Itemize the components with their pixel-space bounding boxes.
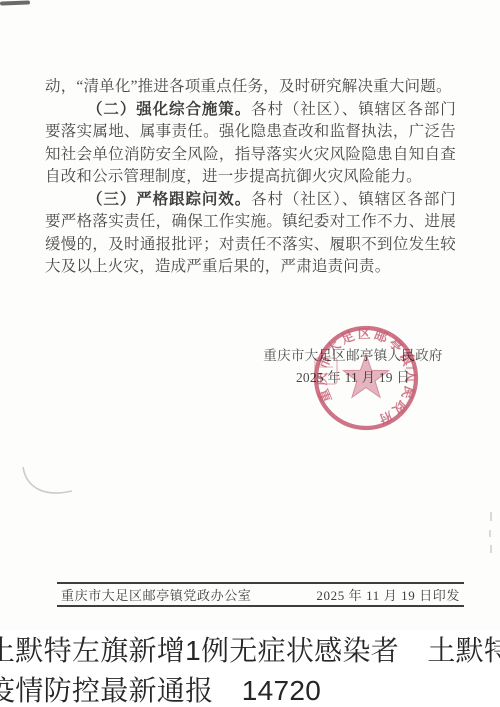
footer-issue-date: 2025 年 11 月 19 日印发	[316, 585, 460, 604]
paragraph-head: （三）严格跟踪问效。	[87, 191, 251, 208]
scan-edge-artifact	[489, 530, 491, 537]
body-paragraph: 动，“清单化”推进各项重点任务，及时研究解决重大问题。	[45, 76, 456, 99]
scan-smudge-artifact	[0, 0, 30, 5]
signature-date: 2025 年 11 月 19 日	[233, 370, 473, 385]
caption-line-2: 疫情防控最新通报 14720	[0, 671, 500, 707]
footer-office: 重庆市大足区邮亭镇党政办公室	[61, 585, 251, 604]
body-paragraph: （三）严格跟踪问效。各村（社区）、镇辖区各部门要严格落实责任，确保工作实施。镇纪…	[45, 189, 456, 279]
signature-block: 重庆市大足区邮亭镇人民政府 2025 年 11 月 19 日	[233, 348, 473, 385]
scan-edge-artifact	[490, 545, 492, 553]
scan-arc-artifact	[20, 460, 80, 505]
paragraph-head: （二）强化综合施策。	[87, 101, 251, 118]
body-paragraph: （二）强化综合施策。各村（社区）、镇辖区各部门要落实属地、属事责任。强化隐患查改…	[45, 99, 456, 189]
document-footer: 重庆市大足区邮亭镇党政办公室 2025 年 11 月 19 日印发	[57, 582, 464, 607]
paragraph-text: 动，“清单化”推进各项重点任务，及时研究解决重大问题。	[45, 78, 452, 95]
news-title-caption: 土默特左旗新增1例无症状感染者 土默特左旗 疫情防控最新通报 14720	[0, 631, 500, 707]
caption-line-1: 土默特左旗新增1例无症状感染者 土默特左旗	[0, 631, 500, 671]
scanned-document-page: 动，“清单化”推进各项重点任务，及时研究解决重大问题。 （二）强化综合施策。各村…	[0, 0, 500, 630]
scan-edge-artifact	[490, 512, 492, 521]
document-body: 动，“清单化”推进各项重点任务，及时研究解决重大问题。 （二）强化综合施策。各村…	[45, 76, 456, 279]
signature-org: 重庆市大足区邮亭镇人民政府	[233, 348, 473, 363]
